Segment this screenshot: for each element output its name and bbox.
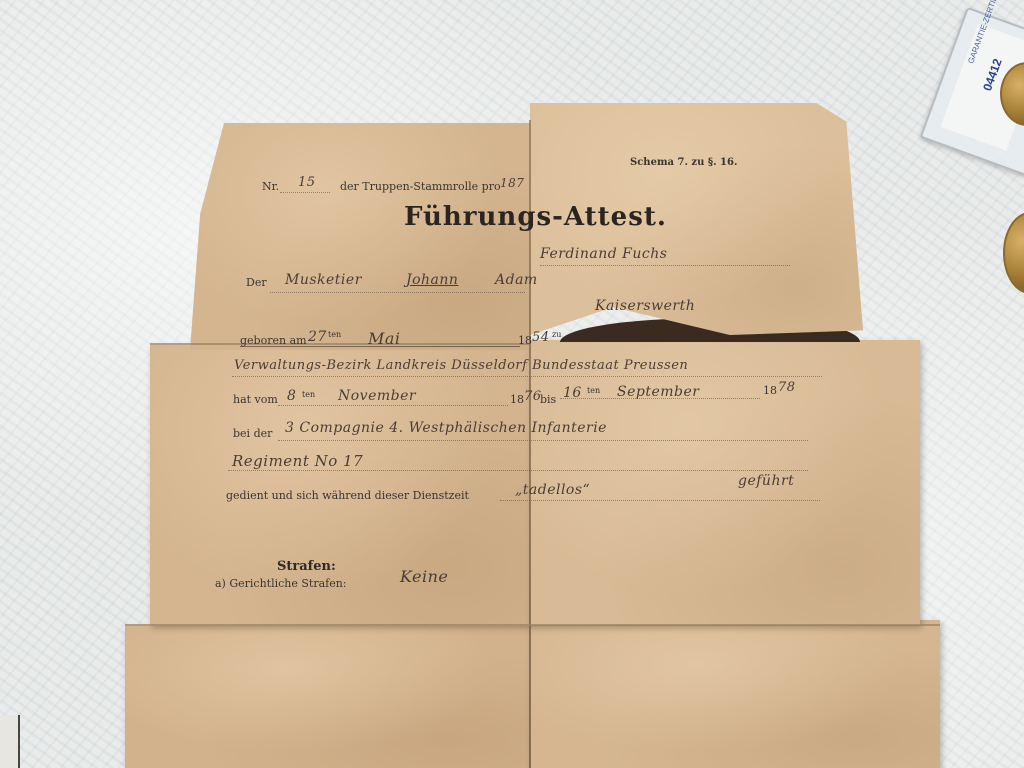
certificate-text: GARANTIE-ZERTIFIKAT — [966, 0, 1005, 65]
district-line: Verwaltungs-Bezirk Landkreis Düsseldorf … — [234, 358, 688, 373]
from-day: 8 — [287, 388, 296, 404]
from-year-prefix: 18 — [510, 393, 524, 406]
der-label: Der — [246, 276, 267, 289]
to-rule — [560, 398, 760, 400]
to-day-suffix: ten — [587, 386, 600, 395]
regiment-rule — [228, 470, 808, 472]
conduct-end: geführt — [738, 473, 794, 489]
to-label: bis — [540, 393, 556, 406]
name-rule — [270, 292, 525, 294]
document-title: Führungs-Attest. — [404, 202, 667, 232]
born-at-label: zu — [552, 330, 561, 339]
born-month: Mai — [368, 329, 401, 348]
from-day-suffix: ten — [302, 390, 315, 399]
born-day-suffix: ten — [328, 330, 341, 339]
court-penalties-label: a) Gerichtliche Strafen: — [215, 577, 347, 590]
middle-name-value: Adam — [495, 272, 538, 288]
conduct-value: „tadellos“ — [515, 482, 590, 498]
conduct-rule — [500, 500, 820, 502]
name-rule-right — [540, 265, 790, 267]
card-edge — [0, 715, 20, 768]
horizontal-fold-line-upper — [150, 343, 530, 345]
roll-label: der Truppen-Stammrolle pro — [340, 180, 501, 193]
from-year: 76 — [524, 389, 542, 404]
roll-year: 187 — [500, 176, 524, 190]
surname-value: Ferdinand Fuchs — [540, 246, 667, 262]
born-day: 27 — [308, 329, 327, 345]
schema-reference: Schema 7. zu §. 16. — [630, 157, 737, 168]
from-rule — [278, 405, 508, 407]
nr-value: 15 — [298, 175, 316, 190]
from-month: November — [338, 388, 416, 404]
to-year: 78 — [778, 380, 796, 395]
born-year: 54 — [532, 330, 550, 345]
served-from-label: hat vom — [233, 393, 278, 406]
nr-rule — [280, 192, 330, 194]
regiment-value: Regiment No 17 — [232, 452, 363, 470]
unit-label: bei der — [233, 427, 272, 440]
rank-value: Musketier — [285, 272, 362, 288]
born-place: Kaiserswerth — [595, 298, 695, 314]
first-name-value: Johann — [406, 272, 458, 288]
court-penalties-value: Keine — [400, 567, 448, 586]
document-top-left-panel — [190, 123, 530, 350]
penalties-heading: Strafen: — [277, 559, 336, 574]
horizontal-fold-line-lower — [125, 624, 940, 626]
district-rule — [232, 376, 822, 378]
document-lower-left-panel — [125, 626, 530, 768]
to-year-prefix: 18 — [763, 384, 777, 397]
conduct-label: gedient und sich während dieser Dienstze… — [226, 489, 469, 502]
nr-label: Nr. — [262, 180, 279, 193]
document-lower-right-panel — [530, 620, 940, 768]
unit-rule — [278, 440, 808, 442]
unit-value: 3 Compagnie 4. Westphälischen Infanterie — [285, 420, 607, 436]
gold-coin-icon — [1003, 212, 1024, 294]
born-year-prefix: 18 — [518, 334, 532, 347]
